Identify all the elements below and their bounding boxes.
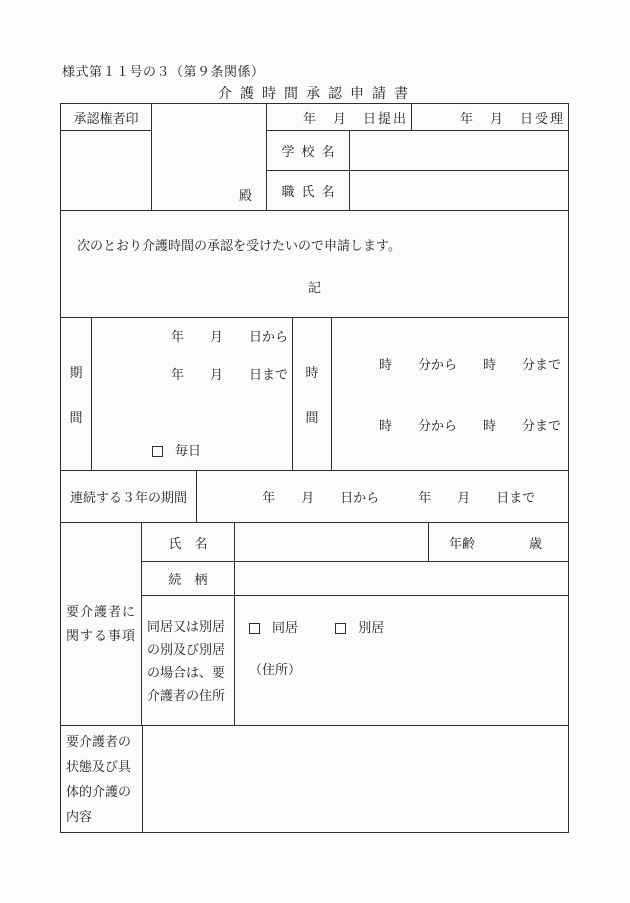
living-arrangement-value: 同居 別居 （住所） (235, 596, 569, 726)
record-heading: 記 (61, 279, 568, 297)
submit-date-cell: 年 月 日提出 (267, 104, 412, 131)
position-name-label: 職氏名 (267, 171, 350, 211)
daily-option: 毎日 (92, 394, 292, 432)
living-label-line-2: の別及び別居 (147, 638, 234, 661)
checkbox-daily[interactable] (152, 446, 163, 457)
approver-seal-text: 承認権者印 (73, 111, 138, 126)
statement-cell: 次のとおり介護時間の承認を受けたいので申請します。 記 (61, 211, 569, 318)
time-range-2: 時 分から 時 分まで (332, 415, 561, 434)
continuous-period-value: 年 月 日から 年 月 日まで (197, 471, 569, 523)
period-label-char-1: 期 (69, 362, 82, 381)
receive-date-cell: 年 月 日受理 (412, 104, 569, 131)
position-name-value (350, 171, 569, 211)
time-label-char-2: 間 (305, 407, 318, 426)
continuous-period-label: 連続する３年の期間 (61, 471, 197, 523)
living-label-line-3: の場合は、要 (147, 661, 234, 684)
living-label-line-4: 介護者の住所 (147, 684, 234, 707)
condition-table: 要介護者の 状態及び具 体的介護の 内容 (60, 725, 569, 833)
condition-label-line-1: 要介護者の (66, 729, 142, 754)
approver-seal-area (61, 131, 152, 211)
relationship-label: 続 柄 (142, 562, 235, 596)
name-value (235, 523, 429, 562)
period-label-char-2: 間 (69, 407, 82, 426)
period-label: 期 間 (61, 318, 92, 471)
position-name-text: 職氏名 (281, 184, 341, 199)
care-recipient-label-line-1: 要介護者に (61, 600, 141, 624)
care-recipient-label-line-2: 関する事項 (61, 624, 141, 648)
statement-table: 次のとおり介護時間の承認を受けたいので申請します。 記 (60, 210, 569, 318)
document-page: 様式第１１号の３（第９条関係） 介護時間承認申請書 承認権者印 殿 年 月 日提… (0, 0, 630, 903)
time-range-1: 時 分から 時 分まで (332, 354, 561, 373)
period-date-from: 年 月 日から (92, 318, 292, 356)
age-cell: 年齢 歳 (429, 523, 569, 562)
condition-section-label: 要介護者の 状態及び具 体的介護の 内容 (61, 726, 143, 833)
submit-date-label: 年 月 日提出 (303, 111, 408, 126)
living-arrangement-label: 同居又は別居 の別及び別居 の場合は、要 介護者の住所 (142, 596, 235, 726)
age-unit: 歳 (529, 533, 542, 552)
daily-label: 毎日 (175, 443, 201, 458)
condition-label-line-2: 状態及び具 (66, 754, 142, 779)
period-main-cell: 年 月 日から 年 月 日まで 毎日 その他（ ） (92, 318, 293, 471)
dono-label: 殿 (239, 188, 252, 203)
period-date-to: 年 月 日まで (92, 356, 292, 394)
condition-label-line-4: 内容 (66, 804, 142, 829)
period-table: 期 間 年 月 日から 年 月 日まで 毎日 その他（ ） (60, 317, 569, 471)
approver-seal-label: 承認権者印 (61, 104, 152, 131)
continuous-period-range: 年 月 日から 年 月 日まで (262, 490, 535, 505)
header-table: 承認権者印 殿 年 月 日提出 年 月 日受理 学校名 (60, 103, 569, 211)
care-recipient-section-label: 要介護者に 関する事項 (61, 523, 142, 726)
checkbox-living-separately[interactable] (335, 623, 346, 634)
address-label: （住所） (249, 661, 568, 679)
living-label-line-1: 同居又は別居 (147, 615, 234, 638)
application-statement: 次のとおり介護時間の承認を受けたいので申請します。 (61, 211, 568, 255)
continuous-period-text: 連続する３年の期間 (70, 490, 187, 505)
document-title: 介護時間承認申請書 (60, 83, 566, 103)
school-name-label: 学校名 (267, 131, 350, 171)
relationship-label-text: 続 柄 (168, 572, 207, 587)
time-range-cell: 時 分から 時 分まで 時 分から 時 分まで (332, 318, 569, 471)
living-together-label: 同居 (272, 620, 298, 635)
living-separately-label: 別居 (358, 620, 384, 635)
age-label: 年齢 (449, 533, 475, 552)
care-recipient-table: 要介護者に 関する事項 氏 名 年齢 歳 続 柄 (60, 522, 569, 726)
condition-value (143, 726, 569, 833)
condition-label-line-3: 体的介護の (66, 779, 142, 804)
time-label: 時 間 (293, 318, 332, 471)
time-label-char-1: 時 (305, 362, 318, 381)
addressee-cell: 殿 (152, 104, 267, 211)
name-label-text: 氏 名 (168, 536, 207, 551)
school-name-text: 学校名 (281, 144, 341, 159)
school-name-value (350, 131, 569, 171)
continuous-period-table: 連続する３年の期間 年 月 日から 年 月 日まで (60, 470, 569, 523)
form-body: 承認権者印 殿 年 月 日提出 年 月 日受理 学校名 (60, 103, 568, 833)
name-label: 氏 名 (142, 523, 235, 562)
relationship-value (235, 562, 569, 596)
receive-date-label: 年 月 日受理 (460, 111, 565, 126)
checkbox-living-together[interactable] (249, 623, 260, 634)
form-number: 様式第１１号の３（第９条関係） (62, 61, 265, 80)
